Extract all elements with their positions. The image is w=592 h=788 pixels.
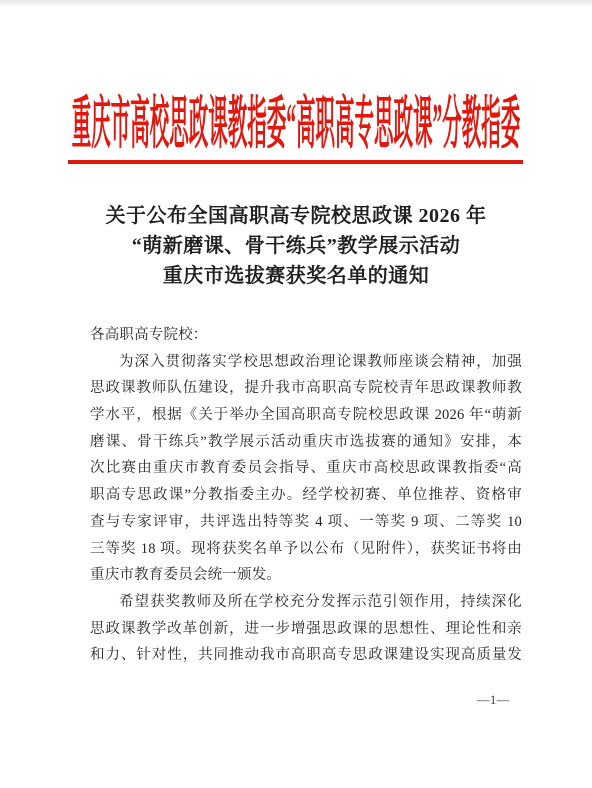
document-page: 重庆市高校思政课教指委“高职高专思政课”分教指委 关于公布全国高职高专院校思政课… xyxy=(0,0,592,788)
document-body: 各高职高专院校： 为深入贯彻落实学校思想政治理论课教师座谈会精神，加强 思政课教… xyxy=(90,322,522,669)
body-line: 磨课、骨干练兵”教学展示活动重庆市选拔赛的通知》安排，本 xyxy=(90,429,522,456)
document-title-line-1: 关于公布全国高职高专院校思政课 2026 年 xyxy=(0,201,592,231)
letterhead-divider xyxy=(68,160,523,164)
body-line: 希望获奖教师及所在学校充分发挥示范引领作用，持续深化 xyxy=(90,589,522,616)
body-line: 三等奖 18 项。现将获奖名单予以公布（见附件），获奖证书将由 xyxy=(90,536,522,563)
body-line: 思政课教学改革创新，进一步增强思政课的思想性、理论性和亲 xyxy=(90,616,522,643)
salutation-line: 各高职高专院校： xyxy=(90,322,522,349)
letterhead-title: 重庆市高校思政课教指委“高职高专思政课”分教指委 xyxy=(72,97,521,154)
document-title: 关于公布全国高职高专院校思政课 2026 年 “萌新磨课、骨干练兵”教学展示活动… xyxy=(0,201,592,291)
body-line: 思政课教师队伍建设，提升我市高职高专院校青年思政课教师教 xyxy=(90,375,522,402)
letterhead: 重庆市高校思政课教指委“高职高专思政课”分教指委 xyxy=(0,97,592,127)
page-number: —1— xyxy=(477,693,510,708)
body-line: 重庆市教育委员会统一颁发。 xyxy=(90,562,522,589)
document-title-line-2: “萌新磨课、骨干练兵”教学展示活动 xyxy=(0,231,592,261)
body-line: 为深入贯彻落实学校思想政治理论课教师座谈会精神，加强 xyxy=(90,349,522,376)
body-line: 学水平，根据《关于举办全国高职高专院校思政课 2026 年“萌新 xyxy=(90,402,522,429)
body-line: 和力、针对性，共同推动我市高职高专思政课建设实现高质量发 xyxy=(90,642,522,669)
body-line: 查与专家评审，共评选出特等奖 4 项、一等奖 9 项、二等奖 10 项、 xyxy=(90,509,522,536)
body-line: 职高专思政课”分教指委主办。经学校初赛、单位推荐、资格审 xyxy=(90,482,522,509)
document-title-line-3: 重庆市选拔赛获奖名单的通知 xyxy=(0,261,592,291)
body-line: 次比赛由重庆市教育委员会指导、重庆市高校思政课教指委“高 xyxy=(90,455,522,482)
